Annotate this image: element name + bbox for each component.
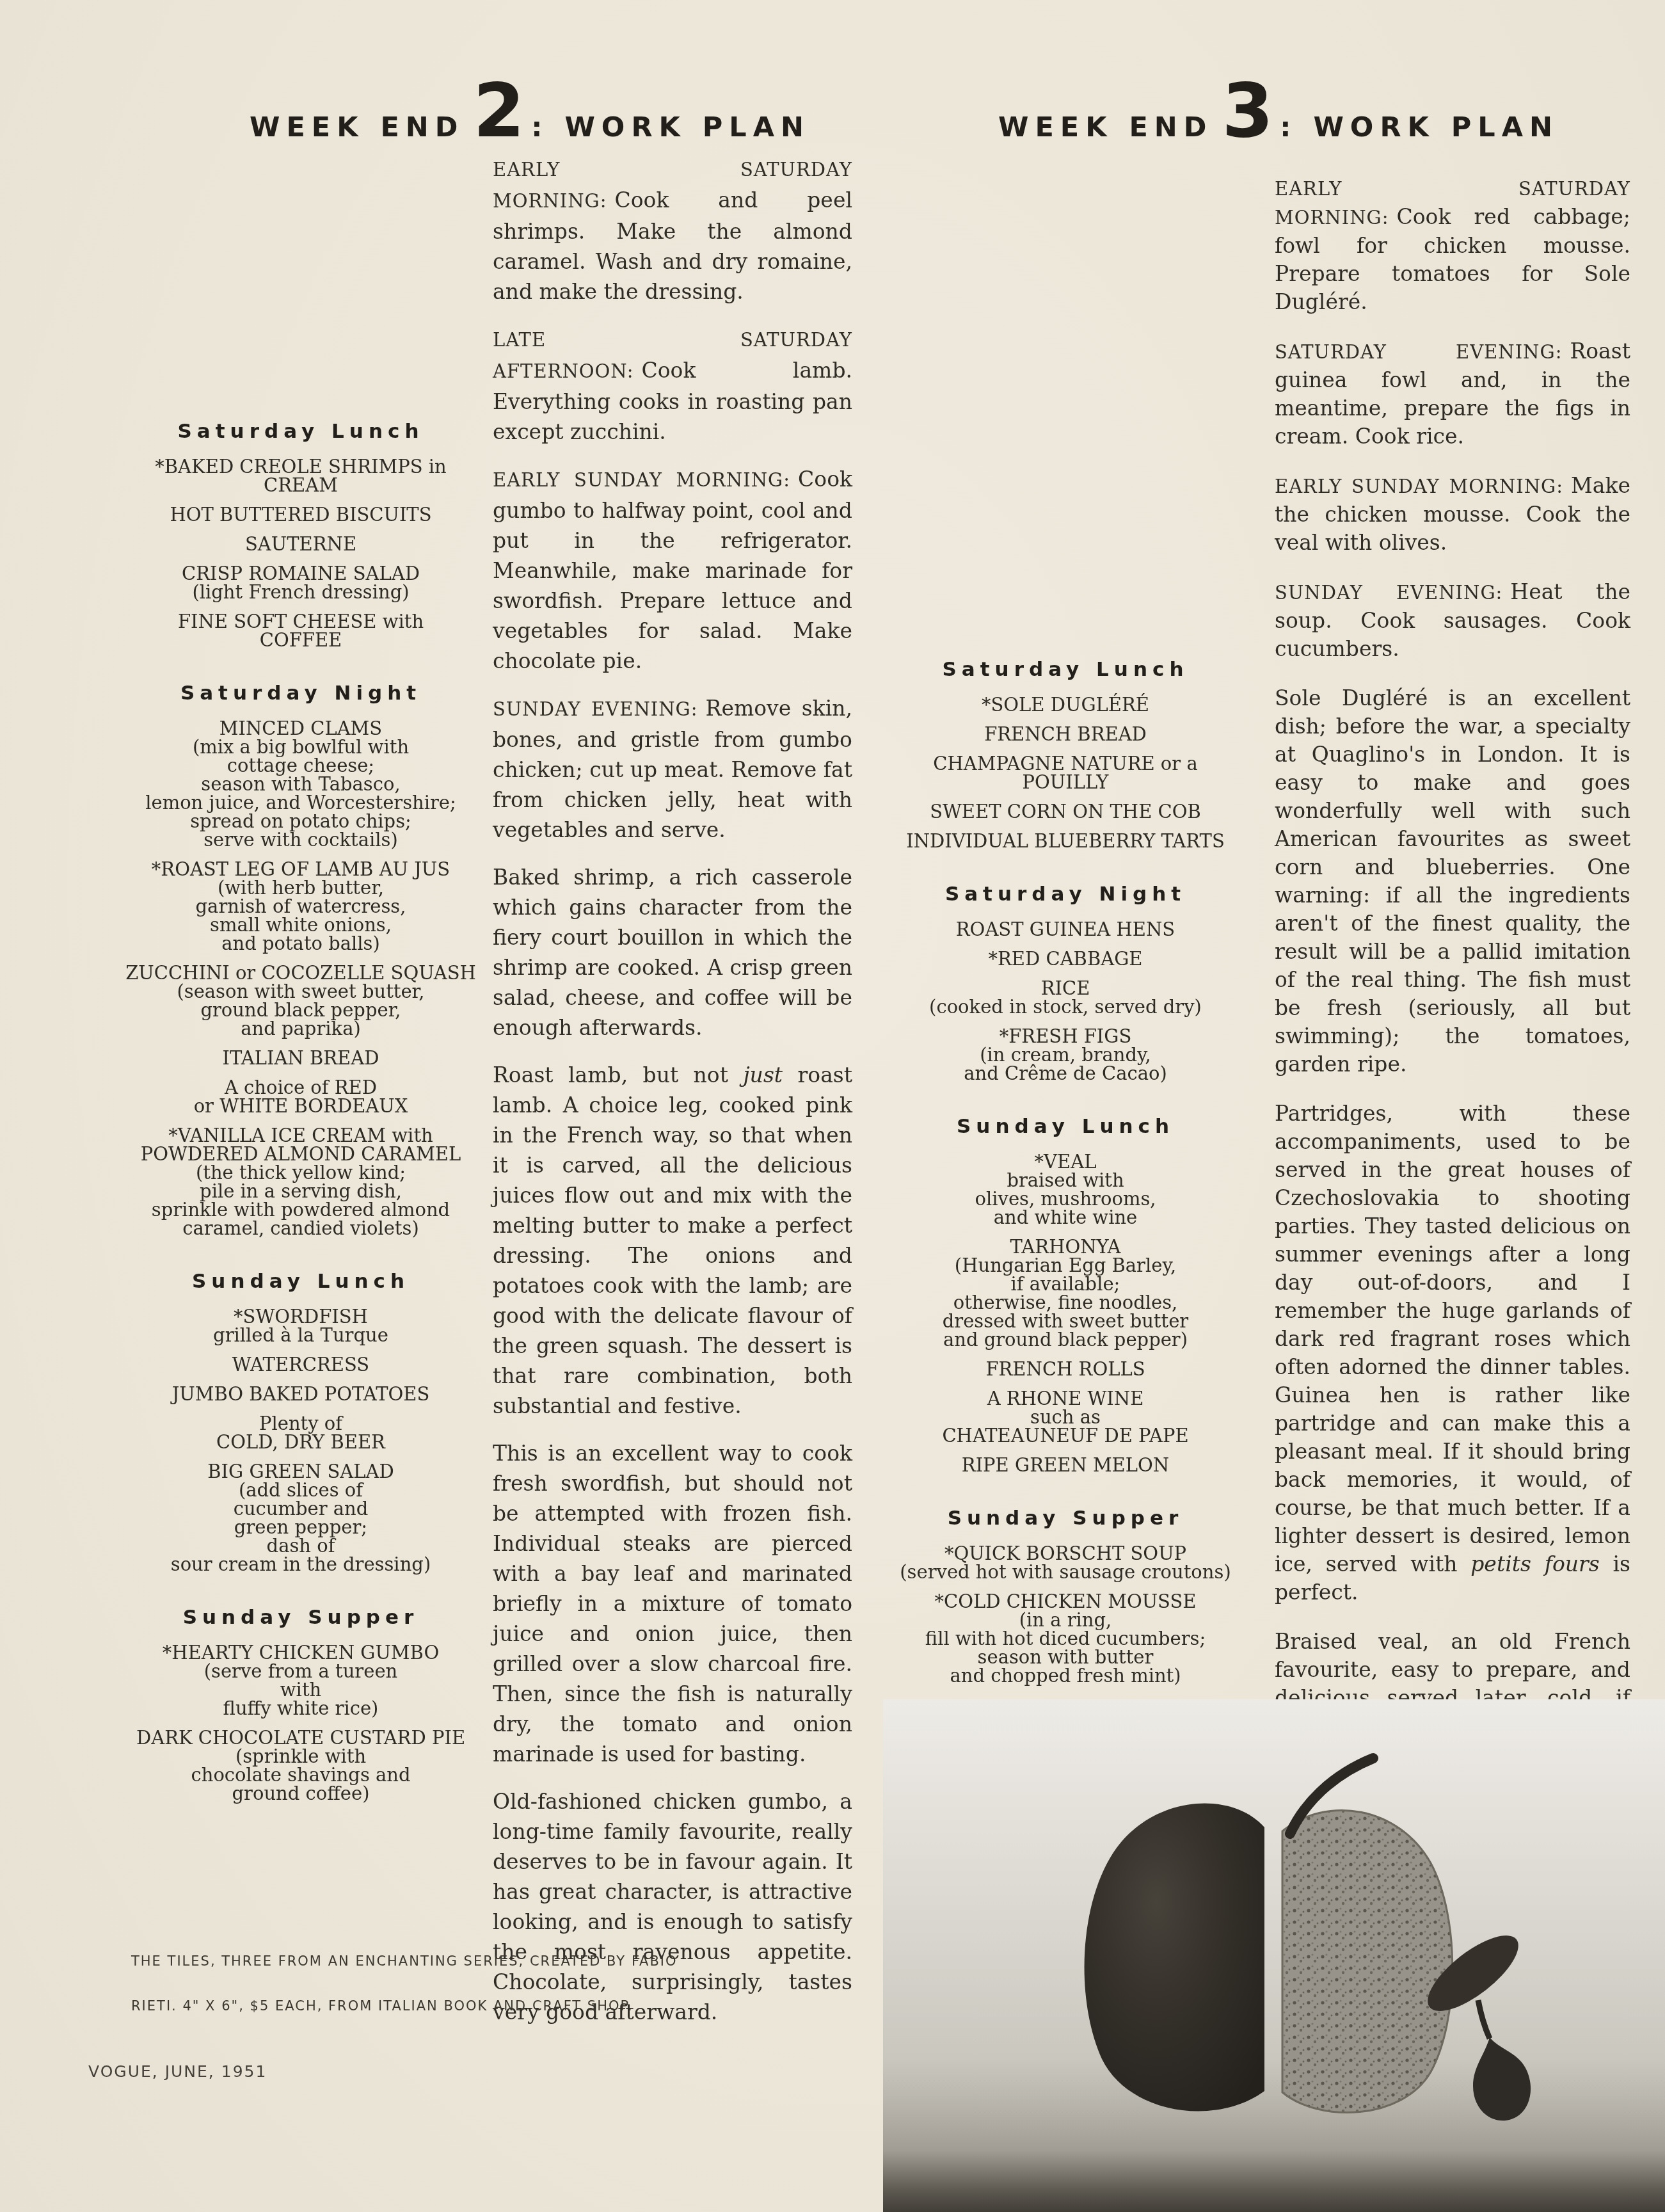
menu-section-sunday-supper: Sunday Supper *QUICK BORSCHT SOUP (serve… — [880, 1509, 1251, 1685]
plan-text: Baked shrimp, a rich casserole which gai… — [493, 865, 852, 1040]
menu-line: sprinkle with powdered almond — [115, 1201, 486, 1219]
menu-item: Plenty of COLD, DRY BEER — [115, 1415, 486, 1452]
plan-paragraph: Roast lamb, but not just roast lamb. A c… — [493, 1060, 852, 1421]
menu-line: fill with hot diced cucumbers; — [880, 1630, 1251, 1648]
menu-line: and potato balls) — [115, 934, 486, 953]
weekend3-header: WEEK END 3 : WORK PLAN — [998, 82, 1559, 143]
menu-line: ground black pepper, — [115, 1001, 486, 1020]
weekend3-header-suffix: : WORK PLAN — [1280, 111, 1559, 143]
menu-line: braised with — [880, 1171, 1251, 1190]
menu-section-sunday-lunch: Sunday Lunch *SWORDFISH grilled à la Tur… — [115, 1272, 486, 1574]
menu-line: and Crême de Cacao) — [880, 1064, 1251, 1083]
menu-line: season with Tabasco, — [115, 775, 486, 794]
menu-line: (served hot with sausage croutons) — [880, 1563, 1251, 1582]
menu-line: WATERCRESS — [115, 1356, 486, 1374]
menu-line: or WHITE BORDEAUX — [115, 1097, 486, 1116]
menu-line: FINE SOFT CHEESE with — [115, 613, 486, 631]
menu-line: ground coffee) — [115, 1784, 486, 1803]
menu-line: POUILLY — [880, 773, 1251, 792]
menu-section-saturday-night: Saturday Night ROAST GUINEA HENS *RED CA… — [880, 885, 1251, 1083]
menu-line: otherwise, fine noodles, — [880, 1294, 1251, 1312]
weekend2-header-prefix: WEEK END — [250, 111, 465, 143]
menu-section-title: Sunday Supper — [115, 1608, 486, 1627]
weekend3-header-number: 3 — [1222, 82, 1274, 141]
menu-item: CHAMPAGNE NATURE or a POUILLY — [880, 755, 1251, 792]
plan-text: Partridges, with these accompaniments, u… — [1275, 1101, 1630, 1576]
plan-paragraph: EARLY SATURDAY MORNING:Cook red cabbage;… — [1275, 174, 1630, 316]
menu-line: small white onions, — [115, 916, 486, 934]
plan-text: Sole Dugléré is an excellent dish; befor… — [1275, 685, 1630, 1077]
menu-item: ZUCCHINI or COCOZELLE SQUASH (season wit… — [115, 964, 486, 1038]
menu-item: *SOLE DUGLÉRÉ — [880, 696, 1251, 714]
menu-line: olives, mushrooms, — [880, 1190, 1251, 1208]
menu-line: (season with sweet butter, — [115, 982, 486, 1001]
menu-line: (cooked in stock, served dry) — [880, 998, 1251, 1016]
menu-line: (in a ring, — [880, 1611, 1251, 1630]
apple-tile-illustration — [883, 1699, 1665, 2212]
menu-line: Plenty of — [115, 1415, 486, 1433]
menu-item: *VEAL braised with olives, mushrooms, an… — [880, 1153, 1251, 1227]
tile-surface — [883, 1699, 1665, 2212]
menu-item: *QUICK BORSCHT SOUP (served hot with sau… — [880, 1544, 1251, 1582]
menu-line: ROAST GUINEA HENS — [880, 920, 1251, 939]
plan-text: This is an excellent way to cook fresh s… — [493, 1441, 852, 1767]
plan-paragraph: Baked shrimp, a rich casserole which gai… — [493, 862, 852, 1043]
menu-item: FRENCH BREAD — [880, 725, 1251, 744]
apple-speckled-half — [1282, 1810, 1453, 2112]
menu-line: and paprika) — [115, 1020, 486, 1038]
menu-item: SWEET CORN ON THE COB — [880, 803, 1251, 821]
menu-item: TARHONYA (Hungarian Egg Barley, if avail… — [880, 1238, 1251, 1349]
weekend2-plan-column: EARLY SATURDAY MORNING:Cook and peel shr… — [493, 154, 852, 2044]
menu-line: (serve from a tureen — [115, 1662, 486, 1681]
plan-paragraph: EARLY SUNDAY MORNING:Cook gumbo to halfw… — [493, 464, 852, 676]
menu-section-sunday-lunch: Sunday Lunch *VEAL braised with olives, … — [880, 1118, 1251, 1475]
weekend3-menu-column: Saturday Lunch *SOLE DUGLÉRÉ FRENCH BREA… — [880, 661, 1251, 1696]
menu-line: chocolate shavings and — [115, 1766, 486, 1784]
menu-line: COFFEE — [115, 631, 486, 650]
magazine-folio: VOGUE, JUNE, 1951 — [88, 2062, 267, 2081]
menu-line: fluffy white rice) — [115, 1699, 486, 1718]
menu-item: BIG GREEN SALAD (add slices of cucumber … — [115, 1463, 486, 1574]
menu-line: HOT BUTTERED BISCUITS — [115, 506, 486, 524]
menu-item: HOT BUTTERED BISCUITS — [115, 506, 486, 524]
weekend2-menu-column: Saturday Lunch *BAKED CREOLE SHRIMPS in … — [115, 422, 486, 1814]
menu-line: if available; — [880, 1275, 1251, 1294]
menu-line: *COLD CHICKEN MOUSSE — [880, 1592, 1251, 1611]
menu-line: dressed with sweet butter — [880, 1312, 1251, 1331]
menu-line: dash of — [115, 1537, 486, 1555]
menu-line: garnish of watercress, — [115, 897, 486, 916]
menu-item: *SWORDFISH grilled à la Turque — [115, 1308, 486, 1345]
weekend3-header-prefix: WEEK END — [998, 111, 1213, 143]
plan-paragraph: LATE SATURDAY AFTERNOON:Cook lamb. Every… — [493, 324, 852, 447]
menu-line: ITALIAN BREAD — [115, 1049, 486, 1068]
plan-time-label: SUNDAY EVENING: — [1275, 582, 1502, 604]
menu-line: INDIVIDUAL BLUEBERRY TARTS — [880, 832, 1251, 851]
menu-line: sour cream in the dressing) — [115, 1555, 486, 1574]
menu-section-saturday-lunch: Saturday Lunch *SOLE DUGLÉRÉ FRENCH BREA… — [880, 661, 1251, 851]
menu-line: and ground black pepper) — [880, 1331, 1251, 1349]
menu-line: RICE — [880, 979, 1251, 998]
menu-line: green pepper; — [115, 1518, 486, 1537]
weekend2-header-suffix: : WORK PLAN — [531, 111, 810, 143]
plan-text: Cook gumbo to halfway point, cool and pu… — [493, 467, 852, 673]
plan-time-label: EARLY SUNDAY MORNING: — [493, 469, 790, 491]
menu-line: *QUICK BORSCHT SOUP — [880, 1544, 1251, 1563]
menu-line: FRENCH ROLLS — [880, 1360, 1251, 1379]
menu-line: A choice of RED — [115, 1078, 486, 1097]
menu-item: *VANILLA ICE CREAM with POWDERED ALMOND … — [115, 1126, 486, 1238]
menu-line: (add slices of — [115, 1481, 486, 1500]
menu-item: *BAKED CREOLE SHRIMPS in CREAM — [115, 458, 486, 495]
menu-line: pile in a serving dish, — [115, 1182, 486, 1201]
plan-paragraph: EARLY SUNDAY MORNING:Make the chicken mo… — [1275, 472, 1630, 557]
menu-line: *VANILLA ICE CREAM with — [115, 1126, 486, 1145]
menu-line: (sprinkle with — [115, 1747, 486, 1766]
weekend2-header: WEEK END 2 : WORK PLAN — [250, 82, 810, 143]
menu-line: (mix a big bowlful with — [115, 738, 486, 757]
menu-line: (Hungarian Egg Barley, — [880, 1256, 1251, 1275]
menu-line: ZUCCHINI or COCOZELLE SQUASH — [115, 964, 486, 982]
menu-line: *RED CABBAGE — [880, 950, 1251, 968]
menu-line: *ROAST LEG OF LAMB AU JUS — [115, 860, 486, 879]
menu-item: RIPE GREEN MELON — [880, 1456, 1251, 1475]
menu-item: INDIVIDUAL BLUEBERRY TARTS — [880, 832, 1251, 851]
menu-line: *FRESH FIGS — [880, 1027, 1251, 1046]
menu-line: serve with cocktails) — [115, 831, 486, 849]
menu-item: A RHONE WINE such as CHATEAUNEUF DE PAPE — [880, 1390, 1251, 1445]
menu-section-title: Sunday Lunch — [880, 1118, 1251, 1136]
menu-line: *HEARTY CHICKEN GUMBO — [115, 1644, 486, 1662]
plan-paragraph: EARLY SATURDAY MORNING:Cook and peel shr… — [493, 154, 852, 307]
menu-line: and chopped fresh mint) — [880, 1667, 1251, 1685]
menu-line: BIG GREEN SALAD — [115, 1463, 486, 1481]
menu-line: CHATEAUNEUF DE PAPE — [880, 1427, 1251, 1445]
menu-item: CRISP ROMAINE SALAD (light French dressi… — [115, 565, 486, 602]
menu-line: CRISP ROMAINE SALAD — [115, 565, 486, 583]
plan-time-label: EARLY SUNDAY MORNING: — [1275, 476, 1563, 497]
plan-paragraph: SUNDAY EVENING:Remove skin, bones, and g… — [493, 693, 852, 845]
plan-time-label: SATURDAY EVENING: — [1275, 341, 1562, 363]
plan-paragraph: Partridges, with these accompaniments, u… — [1275, 1100, 1630, 1607]
magazine-page: { "page": { "folio": "VOGUE, JUNE, 1951"… — [0, 0, 1665, 2212]
menu-item: *RED CABBAGE — [880, 950, 1251, 968]
menu-item: FRENCH ROLLS — [880, 1360, 1251, 1379]
menu-line: grilled à la Turque — [115, 1326, 486, 1345]
plan-text: Old-fashioned chicken gumbo, a long-time… — [493, 1789, 852, 2024]
plan-paragraph: SUNDAY EVENING:Heat the soup. Cook sausa… — [1275, 578, 1630, 663]
menu-section-title: Saturday Lunch — [115, 422, 486, 441]
menu-line: CHAMPAGNE NATURE or a — [880, 755, 1251, 773]
menu-item: JUMBO BAKED POTATOES — [115, 1385, 486, 1404]
menu-item: MINCED CLAMS (mix a big bowlful with cot… — [115, 719, 486, 849]
menu-line: spread on potato chips; — [115, 812, 486, 831]
menu-item: ITALIAN BREAD — [115, 1049, 486, 1068]
tile-caption-line-2: RIETI. 4" X 6", $5 EACH, FROM ITALIAN BO… — [131, 1998, 633, 2014]
menu-item: FINE SOFT CHEESE with COFFEE — [115, 613, 486, 650]
plan-paragraph: This is an excellent way to cook fresh s… — [493, 1438, 852, 1769]
menu-item: A choice of RED or WHITE BORDEAUX — [115, 1078, 486, 1116]
menu-line: RIPE GREEN MELON — [880, 1456, 1251, 1475]
plan-time-label: SUNDAY EVENING: — [493, 698, 698, 720]
menu-section-title: Sunday Supper — [880, 1509, 1251, 1528]
menu-line: cucumber and — [115, 1500, 486, 1518]
menu-section-title: Sunday Lunch — [115, 1272, 486, 1291]
menu-item: *COLD CHICKEN MOUSSE (in a ring, fill wi… — [880, 1592, 1251, 1685]
menu-section-title: Saturday Night — [880, 885, 1251, 904]
plan-paragraph: SATURDAY EVENING:Roast guinea fowl and, … — [1275, 337, 1630, 451]
menu-line: (in cream, brandy, — [880, 1046, 1251, 1064]
menu-section-saturday-night: Saturday Night MINCED CLAMS (mix a big b… — [115, 684, 486, 1238]
menu-section-title: Saturday Night — [115, 684, 486, 703]
menu-item: *ROAST LEG OF LAMB AU JUS (with herb but… — [115, 860, 486, 953]
menu-line: and white wine — [880, 1208, 1251, 1227]
menu-section-title: Saturday Lunch — [880, 661, 1251, 679]
plan-paragraph: Old-fashioned chicken gumbo, a long-time… — [493, 1786, 852, 2027]
menu-section-sunday-supper: Sunday Supper *HEARTY CHICKEN GUMBO (ser… — [115, 1608, 486, 1803]
menu-line: JUMBO BAKED POTATOES — [115, 1385, 486, 1404]
menu-line: *SOLE DUGLÉRÉ — [880, 696, 1251, 714]
menu-line: MINCED CLAMS — [115, 719, 486, 738]
menu-section-saturday-lunch: Saturday Lunch *BAKED CREOLE SHRIMPS in … — [115, 422, 486, 650]
menu-line: DARK CHOCOLATE CUSTARD PIE — [115, 1729, 486, 1747]
menu-line: (with herb butter, — [115, 879, 486, 897]
menu-line: SAUTERNE — [115, 535, 486, 554]
menu-line: (the thick yellow kind; — [115, 1164, 486, 1182]
menu-line: (light French dressing) — [115, 583, 486, 602]
menu-line: such as — [880, 1408, 1251, 1427]
menu-item: ROAST GUINEA HENS — [880, 920, 1251, 939]
plan-text-italic: just — [743, 1062, 783, 1087]
tile-photo — [883, 1699, 1665, 2212]
menu-item: WATERCRESS — [115, 1356, 486, 1374]
plan-text: roast lamb. A choice leg, cooked pink in… — [493, 1062, 852, 1418]
weekend2-header-number: 2 — [474, 82, 525, 141]
menu-line: SWEET CORN ON THE COB — [880, 803, 1251, 821]
menu-item: SAUTERNE — [115, 535, 486, 554]
menu-line: *BAKED CREOLE SHRIMPS in CREAM — [115, 458, 486, 495]
menu-line: A RHONE WINE — [880, 1390, 1251, 1408]
menu-line: cottage cheese; — [115, 757, 486, 775]
menu-item: DARK CHOCOLATE CUSTARD PIE (sprinkle wit… — [115, 1729, 486, 1803]
menu-item: RICE (cooked in stock, served dry) — [880, 979, 1251, 1016]
plan-text: Roast lamb, but not — [493, 1062, 743, 1087]
menu-line: season with butter — [880, 1648, 1251, 1667]
tile-caption-line-1: THE TILES, THREE FROM AN ENCHANTING SERI… — [131, 1953, 678, 1969]
menu-item: *FRESH FIGS (in cream, brandy, and Crême… — [880, 1027, 1251, 1083]
menu-line: POWDERED ALMOND CARAMEL — [115, 1145, 486, 1164]
menu-item: *HEARTY CHICKEN GUMBO (serve from a ture… — [115, 1644, 486, 1718]
menu-line: TARHONYA — [880, 1238, 1251, 1256]
menu-line: *VEAL — [880, 1153, 1251, 1171]
menu-line: FRENCH BREAD — [880, 725, 1251, 744]
menu-line: caramel, candied violets) — [115, 1219, 486, 1238]
menu-line: *SWORDFISH — [115, 1308, 486, 1326]
menu-line: COLD, DRY BEER — [115, 1433, 486, 1452]
menu-line: with — [115, 1681, 486, 1699]
menu-line: lemon juice, and Worcestershire; — [115, 794, 486, 812]
plan-paragraph: Sole Dugléré is an excellent dish; befor… — [1275, 684, 1630, 1078]
plan-text-italic: petits fours — [1470, 1551, 1600, 1576]
